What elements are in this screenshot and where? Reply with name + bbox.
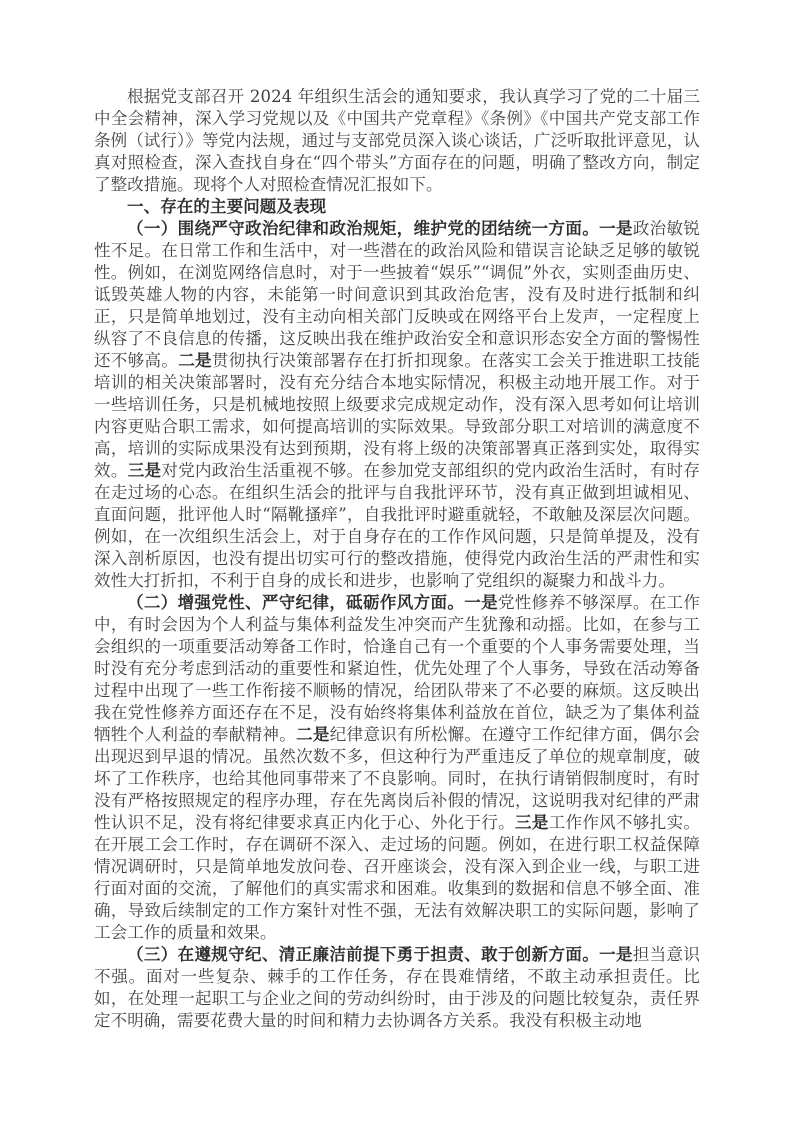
- document-page: 根据党支部召开 2024 年组织生活会的通知要求，我认真学习了党的二十届三中全会…: [0, 0, 793, 1122]
- bold-text-run: （二）增强党性、严守纪律，砥砺作风方面。一是: [127, 593, 498, 612]
- bold-text-run: （三）在遵规守纪、清正廉洁前提下勇于担责、敢于创新方面。一是: [127, 945, 633, 964]
- text-run: 党性修养不够深厚。在工作中，有时会因为个人利益与集体利益发生冲突而产生犹豫和动摇…: [94, 593, 700, 744]
- text-run: 对党内政治生活重视不够。在参加党支部组织的党内政治生活时，有时存在走过场的心态。…: [94, 461, 700, 590]
- intro-paragraph: 根据党支部召开 2024 年组织生活会的通知要求，我认真学习了党的二十届三中全会…: [94, 86, 700, 196]
- subsection-3-paragraph: （三）在遵规守纪、清正廉洁前提下勇于担责、敢于创新方面。一是担当意识不强。面对一…: [94, 944, 700, 1032]
- section-1-heading: 一、存在的主要问题及表现: [94, 196, 700, 218]
- bold-text-run: 二是: [296, 725, 330, 744]
- text-run: 政治敏锐性不足。在日常工作和生活中，对一些潜在的政治风险和错误言论缺乏足够的敏锐…: [94, 219, 700, 370]
- bold-text-run: 三是: [515, 813, 549, 832]
- subsection-2-paragraph: （二）增强党性、严守纪律，砥砺作风方面。一是党性修养不够深厚。在工作中，有时会因…: [94, 592, 700, 944]
- bold-text-run: 三是: [128, 461, 162, 480]
- text-run: 工作作风不够扎实。在开展工会工作时，存在调研不深入、走过场的问题。例如，在进行职…: [94, 813, 700, 942]
- bold-text-run: 一、存在的主要问题及表现: [127, 197, 326, 216]
- subsection-1-paragraph: （一）围绕严守政治纪律和政治规矩，维护党的团结统一方面。一是政治敏锐性不足。在日…: [94, 218, 700, 592]
- bold-text-run: 二是: [178, 351, 212, 370]
- text-run: 根据党支部召开 2024 年组织生活会的通知要求，我认真学习了党的二十届三中全会…: [94, 87, 700, 194]
- bold-text-run: （一）围绕严守政治纪律和政治规矩，维护党的团结统一方面。一是: [127, 219, 633, 238]
